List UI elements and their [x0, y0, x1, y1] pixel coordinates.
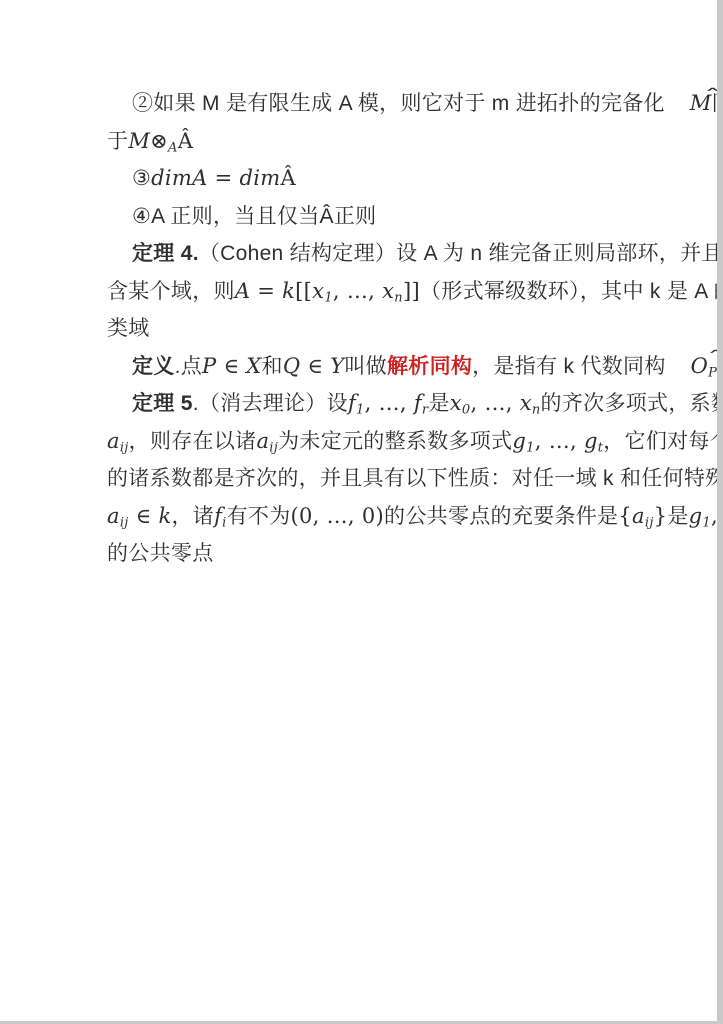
- text-segment: ]]: [403, 279, 420, 303]
- text-segment: [[: [295, 279, 312, 303]
- text-segment: ，诸: [171, 505, 214, 528]
- subscript: ij: [269, 440, 278, 455]
- subscript: ij: [120, 440, 129, 455]
- text-segment: (0, …, 0): [291, 504, 385, 528]
- text-segment: Q: [283, 354, 301, 378]
- text-segment: 于: [107, 130, 128, 153]
- text-segment: , …,: [535, 429, 584, 453]
- text-segment: k: [282, 279, 295, 303]
- text-line: 定理 5.（消去理论）设f1, …, fr是x0, …, xn的齐次多项式，系数…: [107, 385, 623, 423]
- paragraph: ②如果 M 是有限生成 A 模，则它对于 m 进拓扑的完备化M同构于M⊗AÂ: [107, 85, 623, 160]
- text-line: aij ∈ k，诸fi有不为(0, …, 0)的公共零点的充要条件是{aij}是…: [107, 498, 623, 536]
- text-line: 定理 4.（Cohen 结构定理）设 A 为 n 维完备正则局部环，并且包: [107, 235, 623, 273]
- text-line: 定义.点P ∈ X和Q ∈ Y叫做解析同构，是指有 k 代数同构OP ≅ OQ: [107, 348, 623, 386]
- text-segment: aij: [256, 429, 278, 453]
- text-segment: f1: [348, 391, 365, 415]
- text-segment: ，则存在以诸: [129, 430, 257, 453]
- text-segment: aij: [107, 504, 129, 528]
- text-segment: fr: [414, 391, 429, 415]
- text-segment: P: [202, 354, 216, 378]
- text-line: aij，则存在以诸aij为未定元的整系数多项式g1, …, gt，它们对每个fi: [107, 423, 623, 461]
- text-segment: , …,: [365, 391, 414, 415]
- text-segment: xn: [382, 279, 403, 303]
- document-page: ②如果 M 是有限生成 A 模，则它对于 m 进拓扑的完备化M同构于M⊗AÂ③d…: [0, 0, 718, 1021]
- text-segment: x0: [450, 391, 471, 415]
- text-segment: , …,: [333, 279, 382, 303]
- text-segment: 是: [667, 505, 688, 528]
- subscript: 0: [462, 403, 471, 418]
- text-segment: ∈: [129, 504, 159, 528]
- text-segment: 含某个域，则: [107, 280, 235, 303]
- text-segment: ，是指有 k 代数同构: [472, 355, 665, 378]
- text-segment: 是: [428, 392, 449, 415]
- text-segment: g1: [512, 429, 534, 453]
- text-segment: .（消去理论）设: [193, 392, 348, 415]
- subscript: ij: [120, 515, 129, 530]
- text-segment: dim: [239, 166, 280, 190]
- text-line: ②如果 M 是有限生成 A 模，则它对于 m 进拓扑的完备化M同构: [107, 85, 623, 123]
- text-segment: aij: [632, 504, 654, 528]
- text-segment: xn: [520, 391, 541, 415]
- subscript: ij: [645, 515, 654, 530]
- subscript: 1: [702, 515, 711, 530]
- screenshot-root: { "page": { "background": "#ffffff", "ed…: [0, 0, 723, 1024]
- subscript: 1: [324, 290, 333, 305]
- text-segment: M: [128, 129, 150, 153]
- text-segment: Â: [178, 129, 193, 153]
- text-segment: 定义: [132, 355, 175, 378]
- text-segment: aij: [107, 429, 129, 453]
- text-segment: 类域: [107, 317, 150, 340]
- subscript: A: [168, 140, 178, 155]
- text-segment: 定理 4.: [132, 242, 199, 265]
- text-line: 于M⊗AÂ: [107, 123, 623, 161]
- paragraph: ③dimA = dimÂ: [107, 160, 623, 198]
- text-segment: x1: [312, 279, 333, 303]
- subscript: P: [708, 365, 717, 380]
- text-segment: gt: [584, 429, 603, 453]
- text-segment: =: [208, 166, 240, 190]
- text-segment: ⊗A: [150, 129, 178, 153]
- text-segment: 为未定元的整系数多项式: [278, 430, 512, 453]
- text-segment: ∈: [300, 354, 330, 378]
- text-segment: 的诸系数都是齐次的，并且具有以下性质：对任一域 k 和任何特殊值: [107, 467, 723, 490]
- text-line: ③dimA = dimÂ: [107, 160, 623, 198]
- text-segment: k: [158, 504, 171, 528]
- page-right-edge: [717, 0, 723, 1024]
- text-segment: Y: [330, 354, 344, 378]
- text-segment: （Cohen 结构定理）设 A 为 n 维完备正则局部环，并且包: [199, 242, 723, 265]
- subscript: n: [532, 403, 541, 418]
- text-segment: .点: [175, 355, 202, 378]
- document-content: ②如果 M 是有限生成 A 模，则它对于 m 进拓扑的完备化M同构于M⊗AÂ③d…: [107, 85, 623, 573]
- text-segment: ②如果 M 是有限生成 A 模，则它对于 m 进拓扑的完备化: [132, 92, 665, 115]
- text-segment: 定理 5: [132, 392, 193, 415]
- text-segment: fi: [214, 504, 227, 528]
- text-segment: g1: [689, 504, 711, 528]
- text-segment: 和: [262, 355, 283, 378]
- paragraph: 定理 5.（消去理论）设f1, …, fr是x0, …, xn的齐次多项式，系数…: [107, 385, 623, 573]
- text-segment: =: [250, 279, 282, 303]
- text-segment: 的齐次多项式，系数为: [541, 392, 723, 415]
- highlight-term: 解析同构: [387, 355, 472, 378]
- paragraph: 定义.点P ∈ X和Q ∈ Y叫做解析同构，是指有 k 代数同构OP ≅ OQ: [107, 348, 623, 386]
- text-line: ④A 正则，当且仅当Â正则: [107, 198, 623, 236]
- text-segment: ∈: [216, 354, 246, 378]
- paragraph: ④A 正则，当且仅当Â正则: [107, 198, 623, 236]
- text-segment: M: [665, 85, 712, 123]
- subscript: 1: [526, 440, 535, 455]
- text-segment: , …,: [471, 391, 520, 415]
- subscript: 1: [356, 403, 365, 418]
- text-line: 的公共零点: [107, 535, 623, 573]
- text-segment: 叫做: [344, 355, 387, 378]
- text-segment: dimA: [151, 166, 207, 190]
- text-line: 含某个域，则A = k[[x1, …, xn]]（形式幂级数环），其中 k 是 …: [107, 273, 623, 311]
- text-segment: 有不为: [227, 505, 291, 528]
- text-line: 类域: [107, 310, 623, 348]
- text-line: 的诸系数都是齐次的，并且具有以下性质：对任一域 k 和任何特殊值: [107, 460, 623, 498]
- paragraph: 定理 4.（Cohen 结构定理）设 A 为 n 维完备正则局部环，并且包含某个…: [107, 235, 623, 348]
- text-segment: {: [618, 504, 632, 528]
- text-segment: 的公共零点的充要条件是: [384, 505, 618, 528]
- text-segment: 的公共零点: [107, 542, 214, 565]
- text-segment: （形式幂级数环），其中 k 是 A 的剩余: [420, 280, 723, 303]
- text-segment: ，它们对每个: [603, 430, 723, 453]
- text-segment: Â: [280, 166, 295, 190]
- text-segment: ③: [132, 167, 151, 190]
- text-segment: A: [235, 279, 250, 303]
- text-segment: }: [654, 504, 668, 528]
- text-segment: OP: [666, 348, 718, 386]
- subscript: n: [394, 290, 403, 305]
- text-segment: X: [246, 354, 261, 378]
- text-segment: ④A 正则，当且仅当Â正则: [132, 205, 376, 228]
